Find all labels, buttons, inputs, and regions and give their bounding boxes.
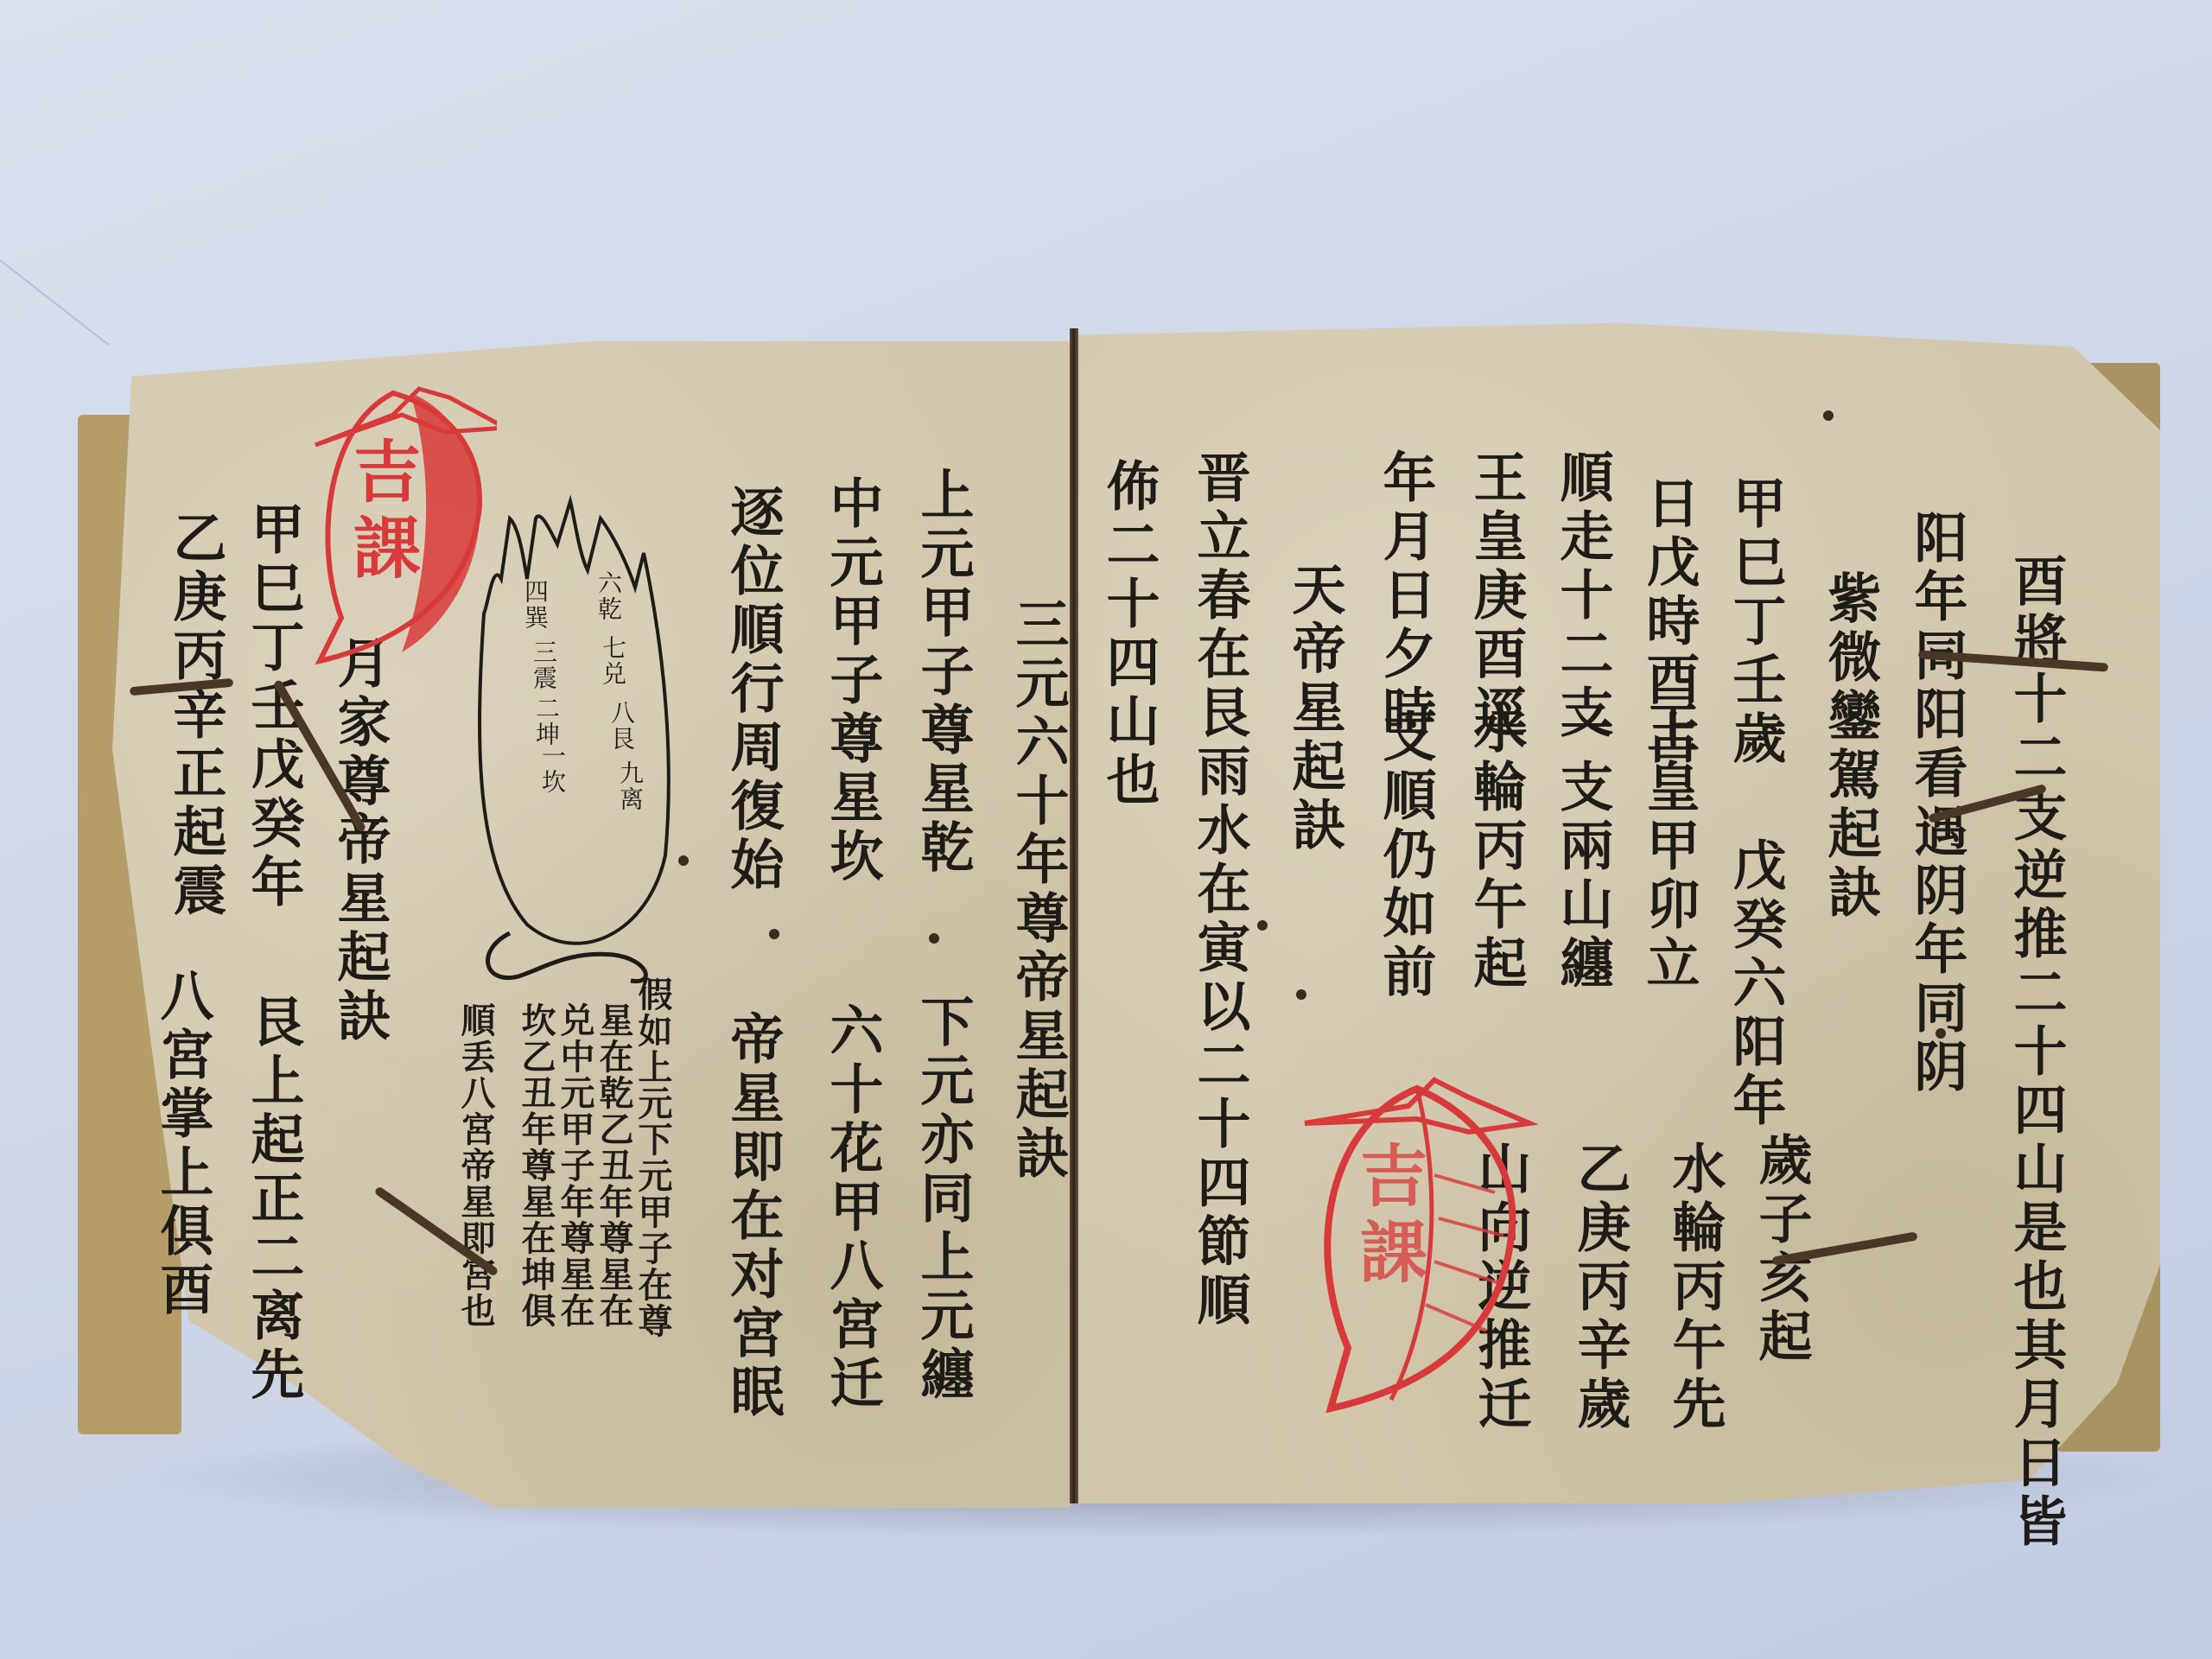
text-column: 水輪丙午先 xyxy=(1668,1141,1721,1434)
text-column: 年月日夕時 xyxy=(1378,449,1432,743)
text-column: 乙庚丙辛正起震 xyxy=(168,510,222,921)
hand-label: 二坤 xyxy=(534,696,558,747)
text-column: 六十花甲八宮迁 xyxy=(825,1002,879,1414)
worm-hole xyxy=(1257,920,1268,931)
example-column: 星在乾乙丑年尊星在 xyxy=(596,1002,631,1329)
text-column: 下元亦同上元纏 xyxy=(916,994,969,1405)
text-column: 月家尊帝星起訣 xyxy=(333,635,386,1046)
worm-hole xyxy=(1935,1028,1946,1039)
hand-label: 六乾 xyxy=(596,570,620,622)
worm-hole xyxy=(678,855,689,866)
text-column: 天帝星起訣 xyxy=(1287,562,1341,855)
text-column: 歲子亥起 xyxy=(1754,1132,1808,1367)
text-column: 一支兩山纏 xyxy=(1555,700,1609,994)
worm-hole xyxy=(1296,989,1306,1000)
hand-label: 三震 xyxy=(531,639,556,691)
text-column: 支順仍如前 xyxy=(1378,709,1432,1002)
text-column: 水輪丙午起 xyxy=(1469,700,1522,994)
hand-label: 一坎 xyxy=(540,743,564,795)
example-column: 坎乙丑年尊星在坤俱 xyxy=(518,1002,553,1329)
text-column: 艮上起正二离先 xyxy=(246,994,300,1405)
text-column: 上元甲子尊星乾 xyxy=(916,467,969,878)
hand-label: 八艮 xyxy=(609,700,633,752)
example-column: 兑中元甲子年尊星在 xyxy=(557,1002,592,1329)
example-column: 假如上元下元甲子在尊 xyxy=(635,976,670,1339)
text-column: 王皇庚酉逕 xyxy=(1469,449,1522,743)
seal-text: 吉課 xyxy=(1339,1141,1436,1293)
text-column: 晋立春在艮雨水在寅以二十四節順 xyxy=(1192,449,1246,1331)
red-seal-right: 吉課 xyxy=(1296,1071,1538,1417)
text-column: 乙庚丙辛歲 xyxy=(1573,1141,1626,1434)
text-column: 三元六十年尊帝星起訣 xyxy=(1011,596,1065,1184)
text-column: 八宮掌上俱酉 xyxy=(156,968,209,1320)
text-column: 阳年同阳看遇阴年同阴 xyxy=(1910,510,1963,1097)
red-seal-left: 吉課 xyxy=(298,376,497,670)
hand-label: 九离 xyxy=(618,760,642,812)
background-crease xyxy=(0,259,110,346)
text-column: 王皇甲卯立 xyxy=(1642,700,1695,994)
text-column: 逐位順行周復始 xyxy=(726,484,779,895)
worm-hole xyxy=(769,929,779,939)
text-column: 紫微鑾駕起訣 xyxy=(1823,570,1877,923)
example-column: 順丢八宮帝星即宮也 xyxy=(458,1002,493,1329)
book-spine xyxy=(1070,328,1078,1503)
text-column: 帝星即在对宮眠 xyxy=(726,1011,779,1422)
text-column: 中元甲子尊星坎 xyxy=(825,475,879,887)
hand-label: 四巽 xyxy=(523,579,547,631)
seal-text: 吉課 xyxy=(333,436,429,588)
text-column: 酉將十二支逆推二十四山是也其月日皆 xyxy=(2009,553,2063,1552)
text-column: 甲巳丁壬歲 戊癸六阳年 xyxy=(1728,475,1782,1131)
worm-hole xyxy=(1823,410,1834,421)
worm-hole xyxy=(929,933,939,944)
hand-label: 七兑 xyxy=(601,635,625,687)
text-column: 順走十二支 xyxy=(1555,449,1609,743)
text-column: 佈二十四山也 xyxy=(1102,458,1155,810)
